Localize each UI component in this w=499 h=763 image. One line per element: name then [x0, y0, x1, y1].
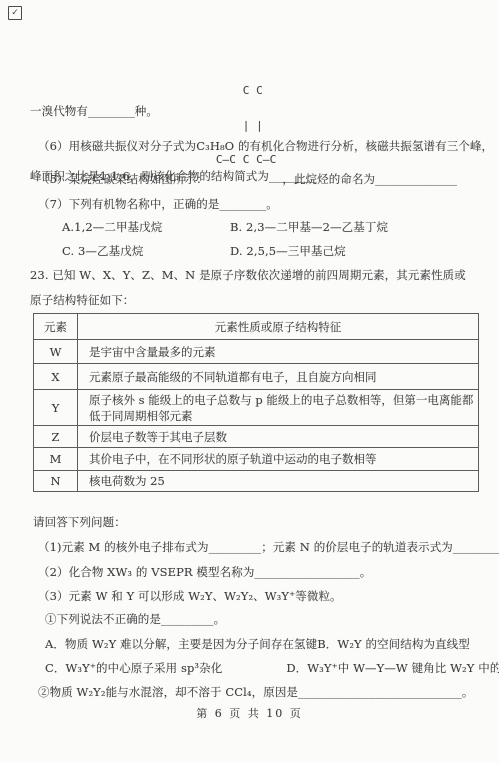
element-symbol: Z	[34, 426, 78, 448]
element-feature: 元素原子最高能级的不同轨道都有电子，且自旋方向相同	[78, 364, 479, 390]
element-symbol: X	[34, 364, 78, 390]
element-feature: 是宇宙中含量最多的元素	[78, 340, 479, 364]
q7-option-b: B. 2,3—二甲基—2—乙基丁烷	[230, 219, 462, 235]
sub3-option-c: C．W₃Y⁺的中心原子采用 sp³杂化	[45, 660, 222, 676]
q5-line2: 一溴代物有________种。	[30, 103, 158, 119]
sub3-options-row1: A．物质 W₂Y 难以分解，主要是因为分子间存在氢键 B．W₂Y 的空间结构为直…	[45, 636, 469, 652]
element-feature: 核电荷数为 25	[78, 471, 479, 492]
element-symbol: Y	[34, 390, 78, 426]
q7-option-a: A.1,2—二甲基戊烷	[62, 219, 230, 235]
q6-line1: （6）用核磁共振仪对分子式为C₃H₈O 的有机化合物进行分析，核磁共振氢谱有三个…	[38, 138, 493, 154]
skeleton-row-bonds: | |	[216, 120, 277, 132]
sub3-option-b: B．W₂Y 的空间结构为直线型	[317, 636, 470, 652]
checkbox-icon: ✓	[8, 6, 22, 20]
table-row: M 其价电子中，在不同形状的原子轨道中运动的电子数相等	[34, 448, 479, 471]
table-row: X 元素原子最高能级的不同轨道都有电子，且自旋方向相同	[34, 364, 479, 390]
header-feature: 元素性质或原子结构特征	[78, 314, 479, 340]
q7-options-row2: C. 3—乙基戊烷 D. 2,5,5—三甲基己烷	[62, 243, 462, 259]
element-symbol: N	[34, 471, 78, 492]
q7-option-c: C. 3—乙基戊烷	[62, 243, 230, 259]
q23-sub2: （2）化合物 XW₃ 的 VSEPR 模型名称为________________…	[38, 564, 371, 580]
q23-sub3-q1: ①下列说法不正确的是_________。	[45, 611, 225, 627]
element-properties-table: 元素 元素性质或原子结构特征 W 是宇宙中含量最多的元素 X 元素原子最高能级的…	[33, 313, 479, 492]
q6-line2: 峰面积之比是1:1:6，则该化合物的结构简式为________	[30, 168, 316, 184]
q23-sub3-q2: ②物质 W₂Y₂能与水混溶，却不溶于 CCl₄，原因是_____________…	[38, 684, 473, 700]
q23-prompt: 请回答下列问题：	[33, 514, 126, 530]
q23-intro: 23. 已知 W、X、Y、Z、M、N 是原子序数依次递增的前四周期元素，其元素性…	[30, 263, 472, 313]
q7-options-row1: A.1,2—二甲基戊烷 B. 2,3—二甲基—2—乙基丁烷	[62, 219, 462, 235]
table-row: Z 价层电子数等于其电子层数	[34, 426, 479, 448]
skeleton-row-top: C C	[216, 85, 277, 97]
element-symbol: W	[34, 340, 78, 364]
element-feature: 价层电子数等于其电子层数	[78, 426, 479, 448]
element-feature: 其价电子中，在不同形状的原子轨道中运动的电子数相等	[78, 448, 479, 471]
q7-option-d: D. 2,5,5—三甲基己烷	[230, 243, 462, 259]
skeleton-row-chain: C—C C C—C	[216, 154, 277, 166]
table-header-row: 元素 元素性质或原子结构特征	[34, 314, 479, 340]
element-feature: 原子核外 s 能级上的电子总数与 p 能级上的电子总数相等，但第一电离能都低于同…	[78, 390, 479, 426]
header-element: 元素	[34, 314, 78, 340]
table-row: N 核电荷数为 25	[34, 471, 479, 492]
q7-stem: （7）下列有机物名称中，正确的是________。	[38, 196, 278, 212]
sub3-option-d: D．W₃Y⁺中 W—Y—W 键角比 W₂Y 中的大	[286, 660, 499, 676]
q23-sub1: （1)元素 M 的核外电子排布式为_________；元素 N 的价层电子的轨道…	[38, 539, 499, 555]
exam-page: ✓ （5）某烷烃碳架结构如图所示： C C | | C—C C C—C ，此烷烃…	[0, 0, 499, 763]
table-row: Y 原子核外 s 能级上的电子总数与 p 能级上的电子总数相等，但第一电离能都低…	[34, 390, 479, 426]
q23-sub3: （3）元素 W 和 Y 可以形成 W₂Y、W₂Y₂、W₃Y⁺等微粒。	[38, 588, 342, 604]
element-symbol: M	[34, 448, 78, 471]
sub3-option-a: A．物质 W₂Y 难以分解，主要是因为分子间存在氢键	[45, 636, 317, 652]
sub3-options-row2: C．W₃Y⁺的中心原子采用 sp³杂化 D．W₃Y⁺中 W—Y—W 键角比 W₂…	[45, 660, 469, 676]
table-row: W 是宇宙中含量最多的元素	[34, 340, 479, 364]
page-number-footer: 第 6 页 共 10 页	[0, 705, 499, 721]
